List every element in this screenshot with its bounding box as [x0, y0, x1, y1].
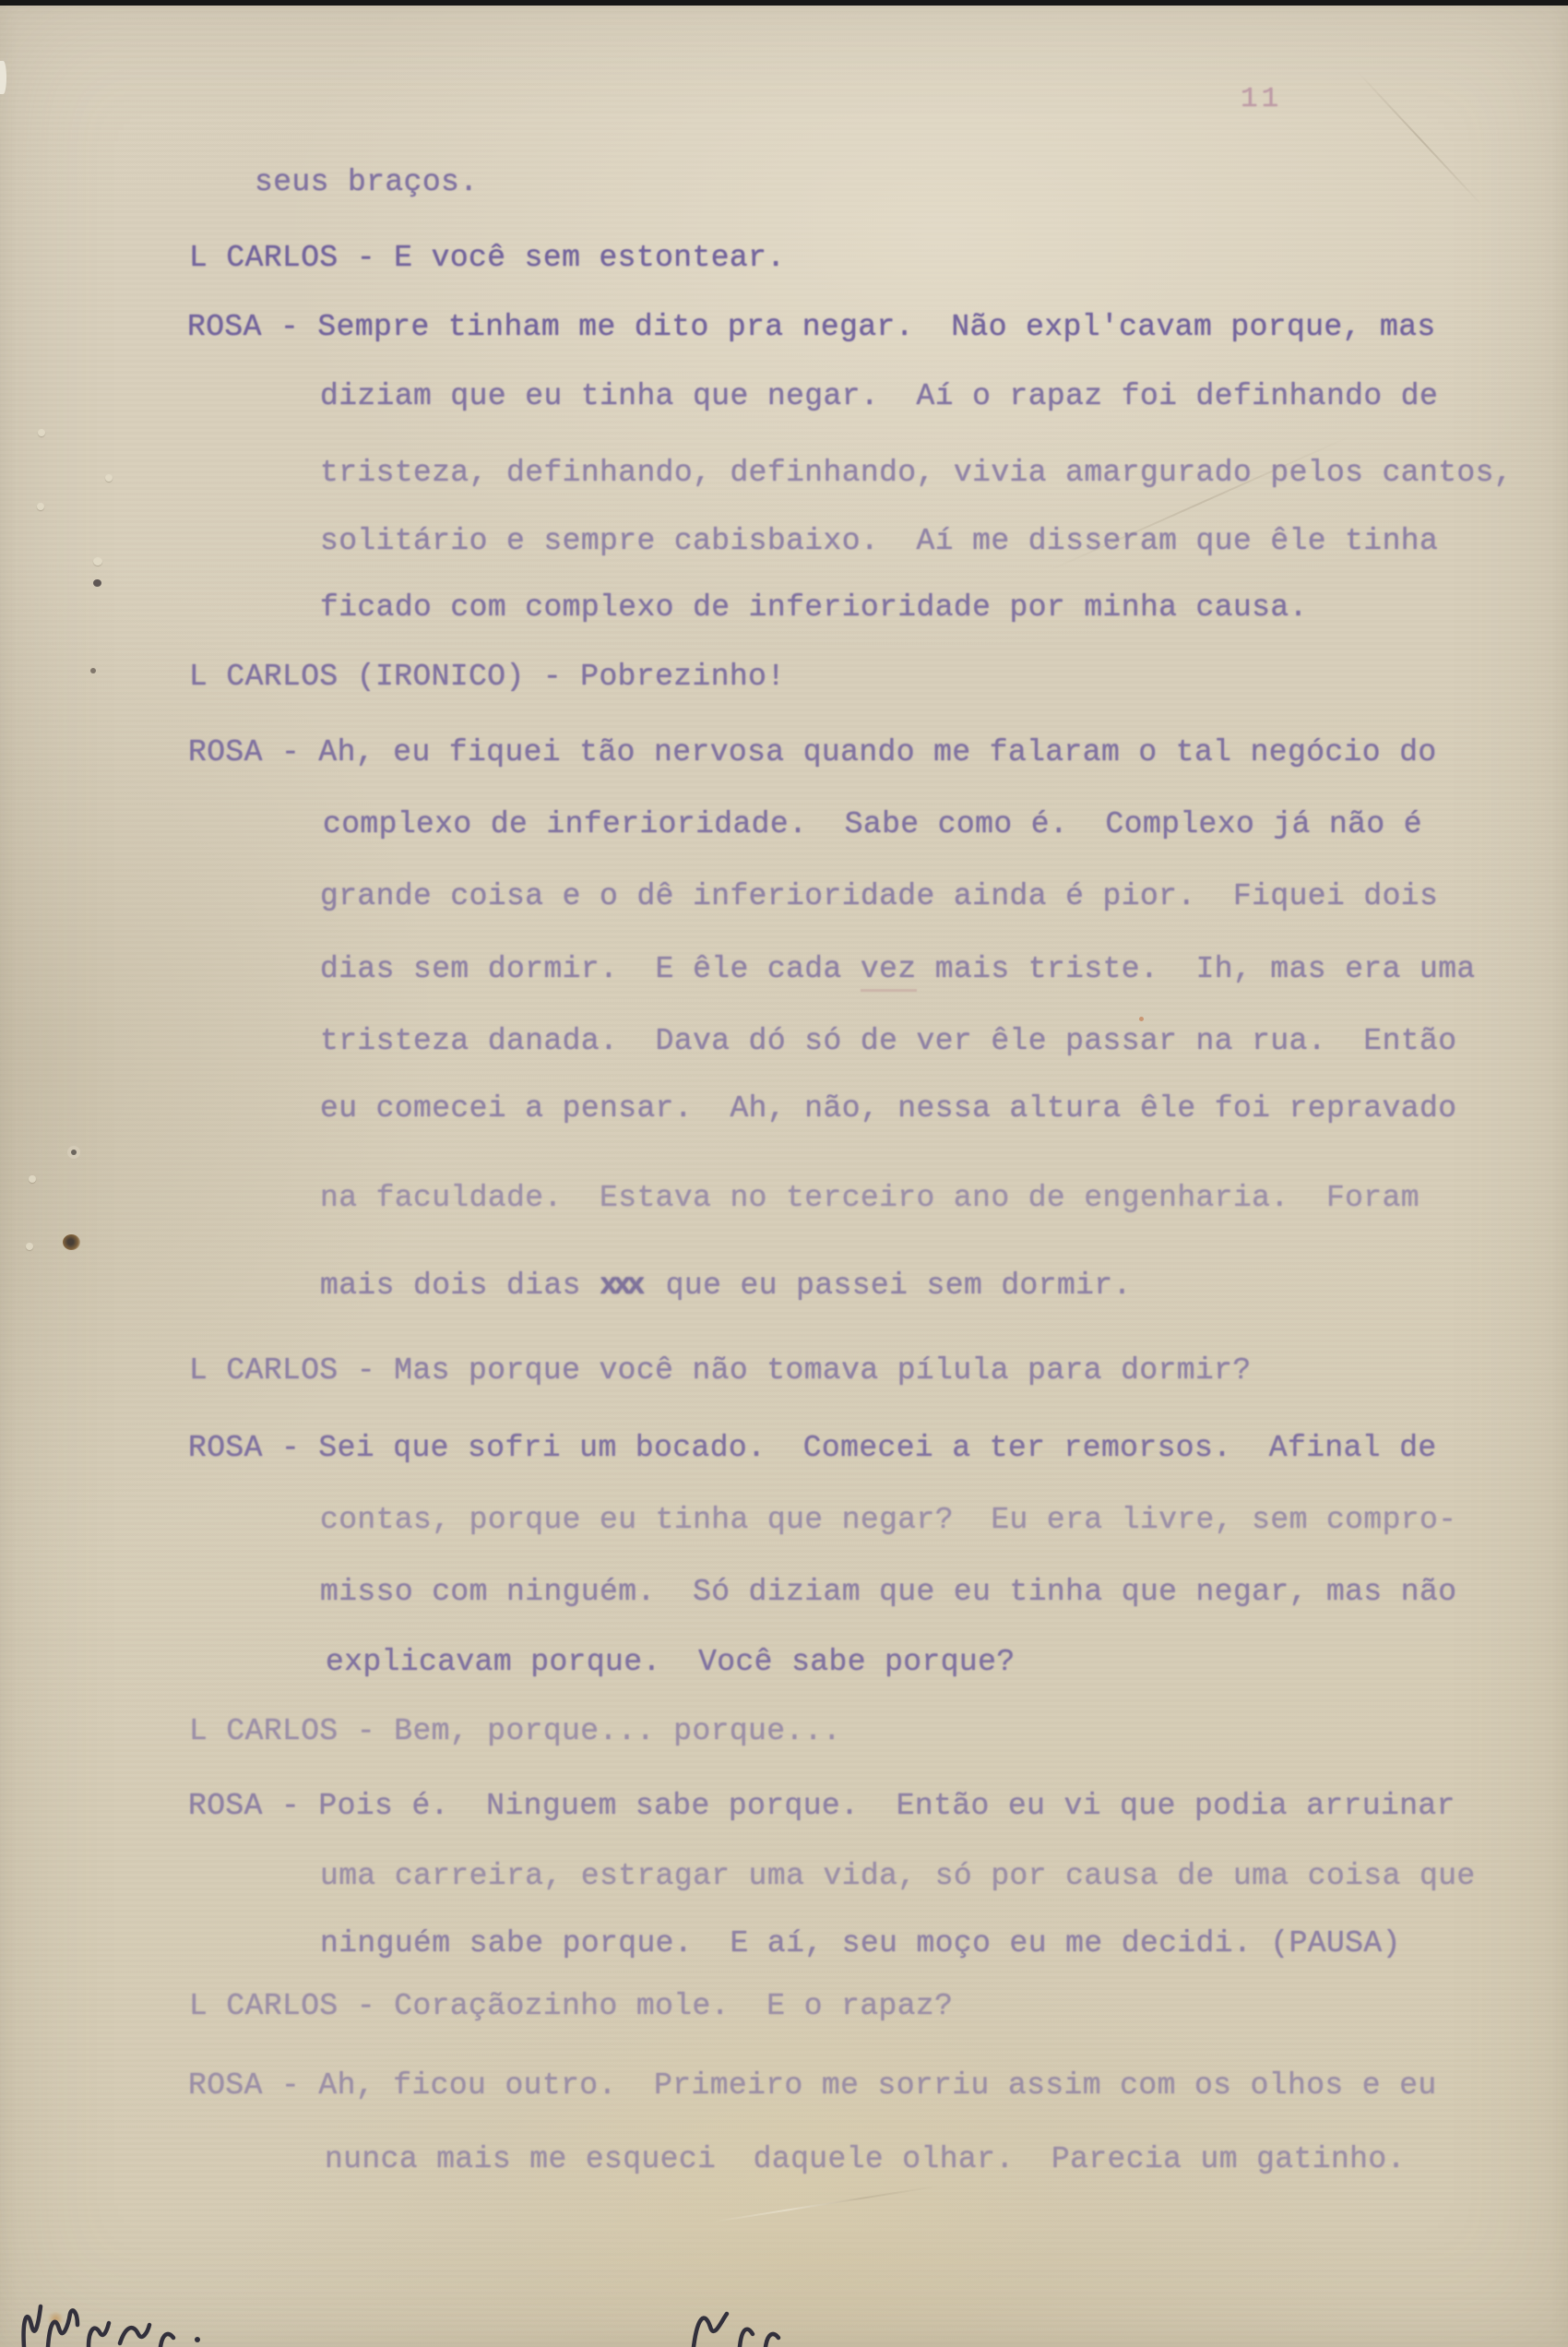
- page-number: 11: [1241, 83, 1282, 115]
- paper-edge-notch: [0, 61, 6, 94]
- dialogue-continuation-line: tristeza, definhando, definhando, vivia …: [320, 457, 1513, 490]
- ink-speck: [71, 1150, 77, 1155]
- ink-speck: [90, 668, 96, 673]
- dialogue-line-rosa: ROSA - Ah, ficou outro. Primeiro me sorr…: [188, 2069, 1437, 2103]
- dialogue-continuation-line: seus braços.: [255, 166, 478, 199]
- dialogue-line-l-carlos: L CARLOS - Coraçãozinho mole. E o rapaz?: [189, 1990, 953, 2023]
- paper-pit: [29, 1175, 36, 1183]
- dialogue-line-l-carlos: L CARLOS - Bem, porque... porque...: [189, 1715, 841, 1748]
- dialogue-continuation-line: dias sem dormir. E êle cada vez mais tri…: [320, 953, 1476, 986]
- handwriting-marks: [684, 2301, 795, 2347]
- dialogue-continuation-line: contas, porque eu tinha que negar? Eu er…: [320, 1504, 1456, 1537]
- dialogue-continuation-line: tristeza danada. Dava dó só de ver êle p…: [320, 1025, 1456, 1058]
- underlined-word: vez: [861, 952, 917, 992]
- manuscript-page: 11 seus braços. L CARLOS - E você sem es…: [0, 0, 1568, 2347]
- dialogue-continuation-line: misso com ninguém. Só diziam que eu tinh…: [320, 1576, 1456, 1609]
- dialogue-continuation-line: diziam que eu tinha que negar. Aí o rapa…: [320, 380, 1438, 413]
- paper-stain: [1139, 1017, 1144, 1021]
- dialogue-line-l-carlos: L CARLOS - Mas porque você não tomava pí…: [189, 1354, 1252, 1388]
- dialogue-continuation-line: mais dois dias xxx que eu passei sem dor…: [320, 1269, 1132, 1303]
- line-segment: dias sem dormir. E êle cada: [320, 952, 861, 986]
- paper-pit: [105, 474, 113, 482]
- dialogue-continuation-line: solitário e sempre cabisbaixo. Aí me dis…: [320, 525, 1438, 558]
- dialogue-line-rosa: ROSA - Ah, eu fiquei tão nervosa quando …: [188, 736, 1437, 769]
- dialogue-line-rosa: ROSA - Sei que sofri um bocado. Comecei …: [188, 1432, 1437, 1465]
- paper-pit: [38, 429, 45, 436]
- dialogue-continuation-line: uma carreira, estragar uma vida, só por …: [320, 1860, 1476, 1893]
- overstruck-word: xxx: [600, 1269, 640, 1303]
- dialogue-continuation-line: explicavam porque. Você sabe porque?: [326, 1646, 1016, 1679]
- dialogue-continuation-line: complexo de inferioridade. Sabe como é. …: [323, 808, 1422, 841]
- dialogue-line-l-carlos: L CARLOS - E você sem estontear.: [189, 242, 786, 275]
- dialogue-line-rosa: ROSA - Sempre tinham me dito pra negar. …: [187, 311, 1436, 344]
- dialogue-continuation-line: ficado com complexo de inferioridade por…: [320, 591, 1308, 625]
- dialogue-line-l-carlos: L CARLOS (IRONICO) - Pobrezinho!: [189, 661, 786, 694]
- paper-stain: [63, 1234, 80, 1250]
- line-segment: mais dois dias: [320, 1269, 600, 1303]
- paper-crease: [1357, 71, 1484, 208]
- handwriting-marks: [17, 2293, 247, 2347]
- ink-speck: [93, 579, 101, 587]
- scan-top-edge: [0, 0, 1568, 6]
- paper-crease: [711, 2185, 939, 2222]
- dialogue-continuation-line: ninguém sabe porque. E aí, seu moço eu m…: [320, 1927, 1401, 1960]
- paper-pit: [37, 503, 44, 510]
- dialogue-continuation-line: na faculdade. Estava no terceiro ano de …: [320, 1182, 1420, 1215]
- dialogue-continuation-line: eu comecei a pensar. Ah, não, nessa altu…: [320, 1092, 1456, 1126]
- paper-pit: [93, 557, 102, 566]
- line-segment: que eu passei sem dormir.: [647, 1269, 1131, 1303]
- dialogue-line-rosa: ROSA - Pois é. Ninguem sabe porque. Entã…: [188, 1790, 1455, 1823]
- paper-pit: [26, 1243, 33, 1250]
- dialogue-continuation-line: grande coisa e o dê inferioridade ainda …: [320, 880, 1438, 913]
- dialogue-continuation-line: nunca mais me esqueci daquele olhar. Par…: [325, 2143, 1406, 2176]
- line-segment: mais triste. Ih, mas era uma: [917, 952, 1476, 986]
